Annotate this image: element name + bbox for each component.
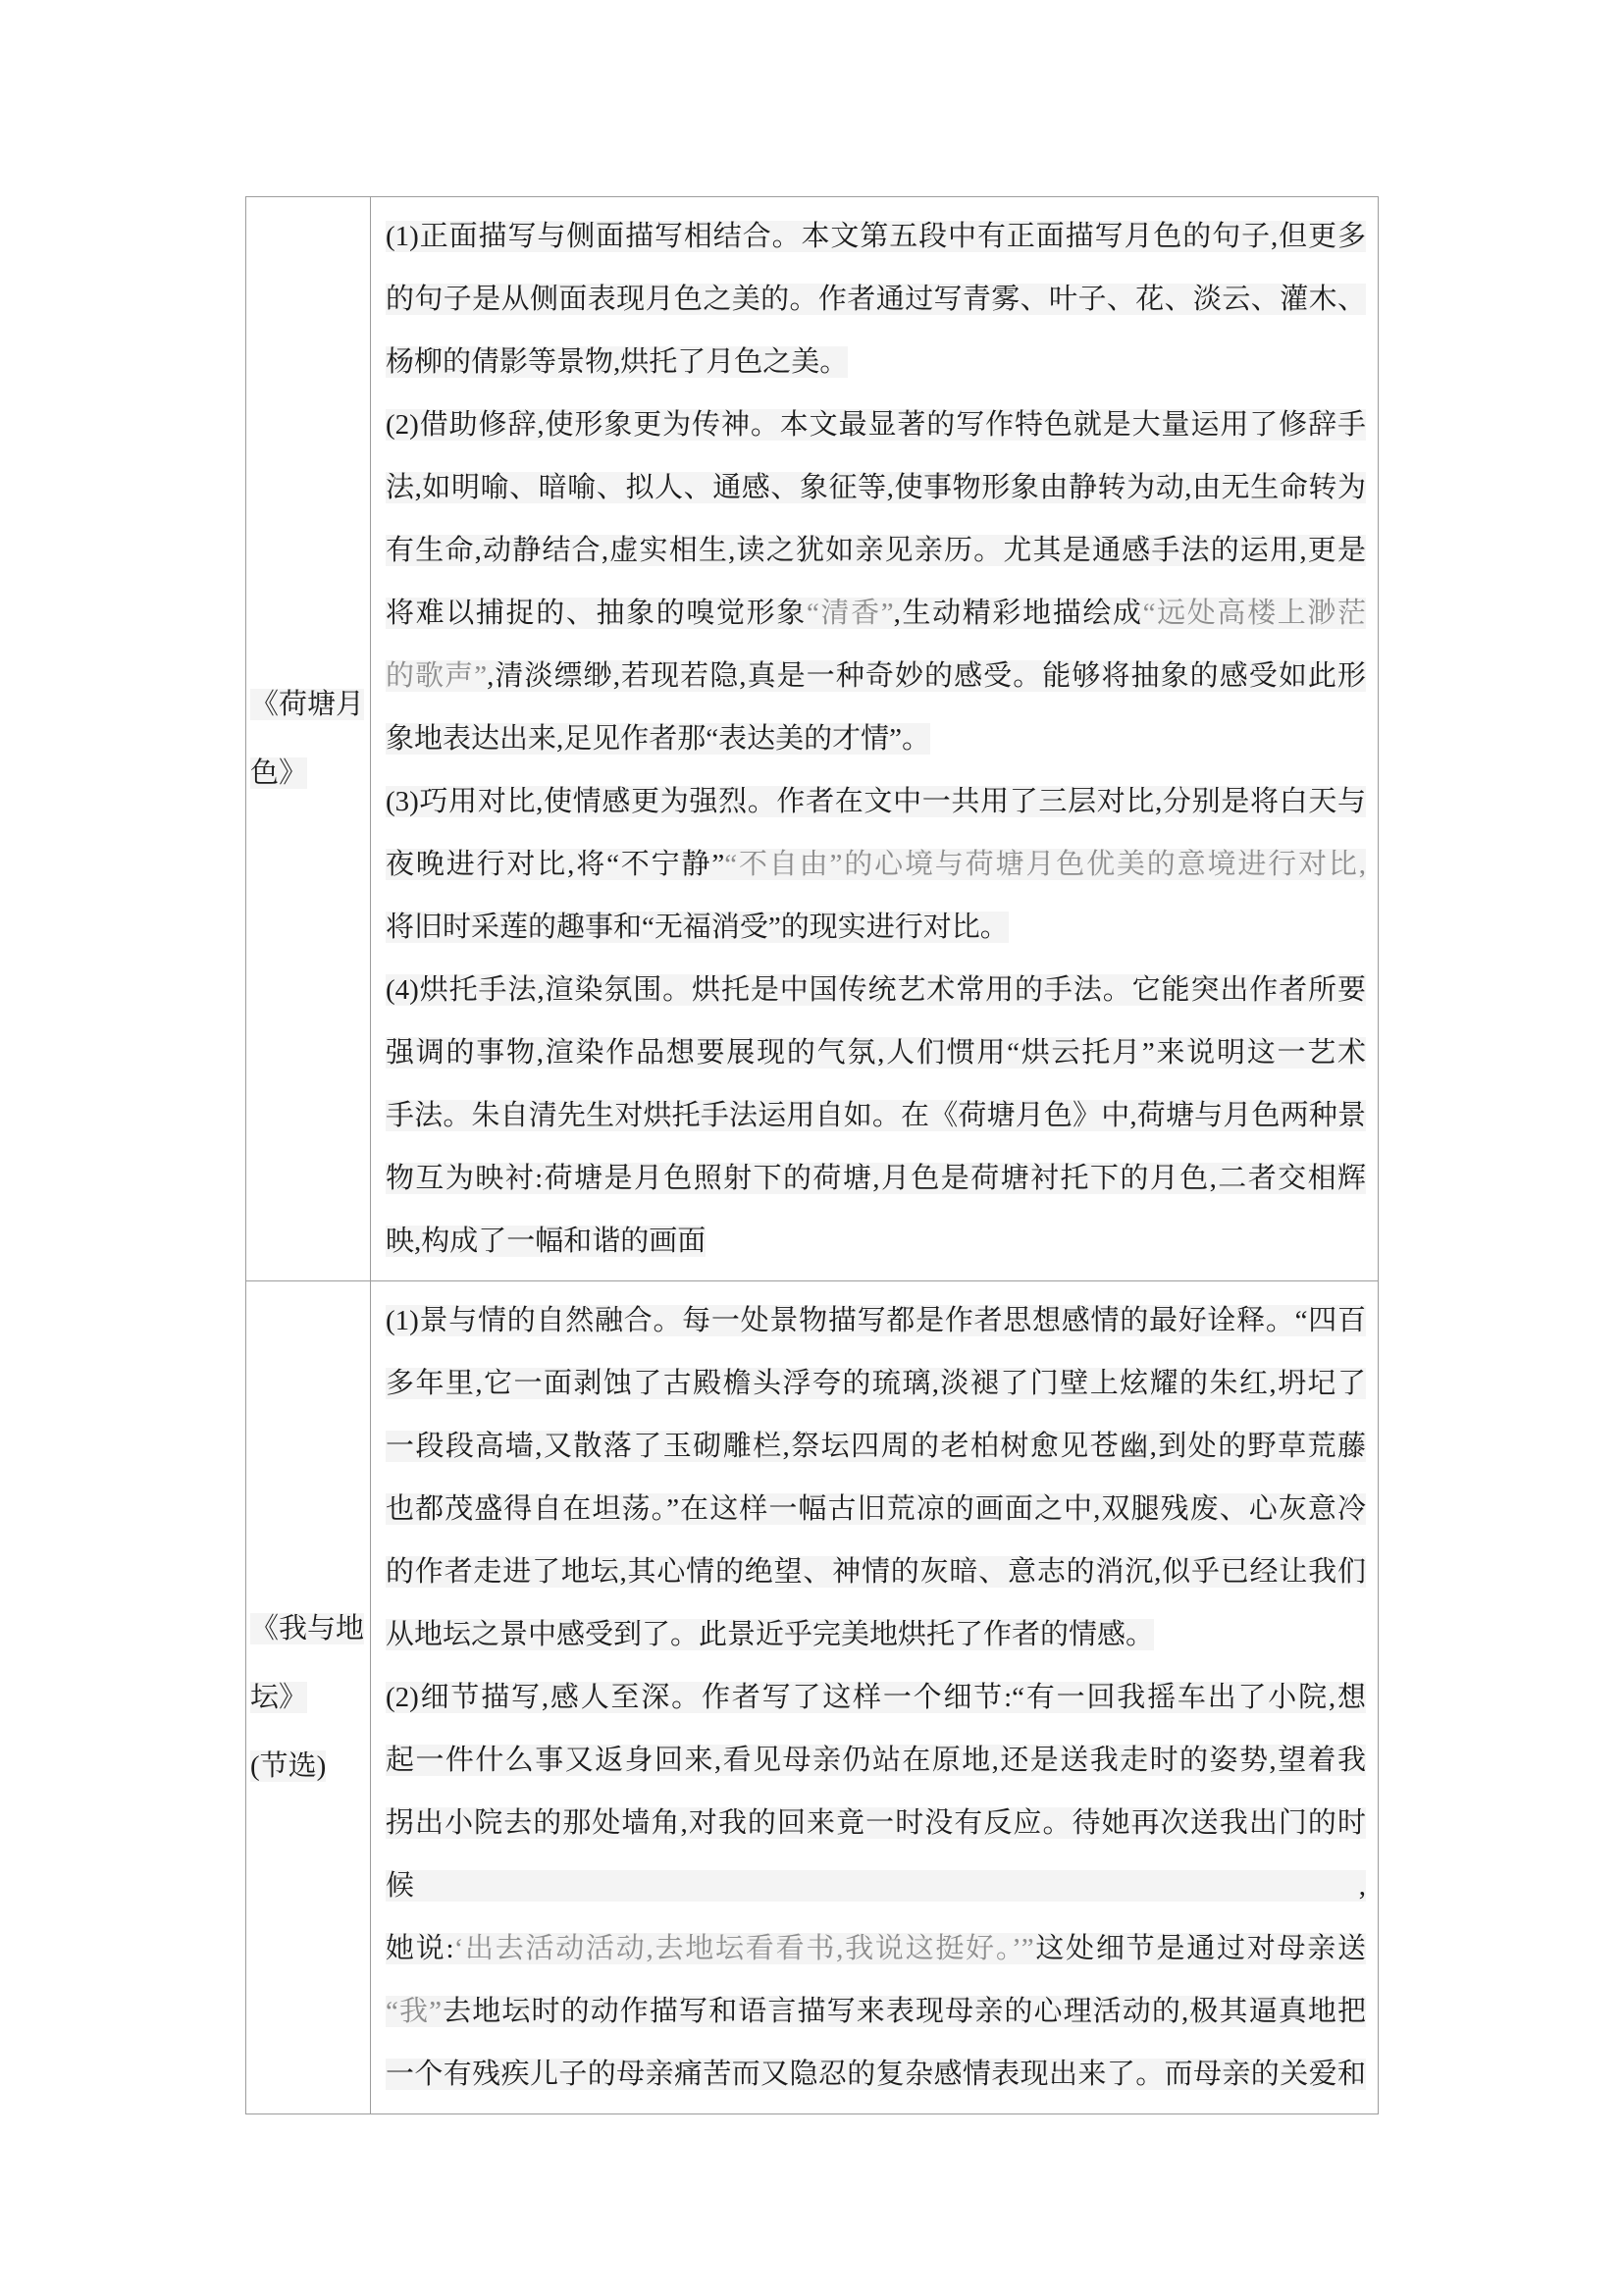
body-text: 手法。朱自清先生对烘托手法运用自如。在《荷塘月色》中,荷塘与月色两种景 — [386, 1100, 1366, 1131]
body-text: 一个有残疾儿子的母亲痛苦而又隐忍的复杂感情表现出来了。而母亲的关爱和 — [386, 2059, 1366, 2090]
content-line: 的歌声”,清淡缥缈,若现若隐,真是一种奇妙的感受。能够将抽象的感受如此形 — [386, 645, 1366, 707]
content-line: 拐出小院去的那处墙角,对我的回来竟一时没有反应。待她再次送我出门的时候, — [386, 1792, 1366, 1917]
content-line: 物互为映衬:荷塘是月色照射下的荷塘,月色是荷塘衬托下的月色,二者交相辉 — [386, 1147, 1366, 1210]
content-line: 多年里,它一面剥蚀了古殿檐头浮夸的琉璃,淡褪了门壁上炫耀的朱红,坍圮了 — [386, 1352, 1366, 1415]
row-content-cell: (1)正面描写与侧面描写相结合。本文第五段中有正面描写月色的句子,但更多的句子是… — [371, 197, 1378, 1280]
row-title-line: 《荷塘月 — [250, 670, 368, 739]
content-line: “我”去地坛时的动作描写和语言描写来表现母亲的心理活动的,极其逼真地把 — [386, 1980, 1366, 2043]
body-text: 将难以捕捉的、抽象的嗅觉形象 — [386, 598, 807, 629]
content-line: 映,构成了一幅和谐的画面 — [386, 1210, 1366, 1273]
body-text: ,清淡缥缈,若现若隐,真是一种奇妙的感受。能够将抽象的感受如此形 — [487, 660, 1366, 692]
body-text: 一段段高墙,又散落了玉砌雕栏,祭坛四周的老柏树愈见苍幽,到处的野草荒藤 — [386, 1431, 1366, 1462]
content-line: 手法。朱自清先生对烘托手法运用自如。在《荷塘月色》中,荷塘与月色两种景 — [386, 1084, 1366, 1147]
body-text: ,生动精彩地描绘成 — [894, 598, 1143, 629]
content-line: 从地坛之景中感受到了。此景近乎完美地烘托了作者的情感。 — [386, 1603, 1366, 1666]
table-row: 《我与地坛》(节选)(1)景与情的自然融合。每一处景物描写都是作者思想感情的最好… — [246, 1280, 1378, 2113]
row-title-line: 《我与地 — [250, 1594, 368, 1663]
quoted-phrase: ‘出去活动活动,去地坛看看书,我说这挺好。’” — [454, 1933, 1034, 1964]
row-title-line: 色》 — [250, 739, 368, 808]
content-line: 将旧时采莲的趣事和“无福消受”的现实进行对比。 — [386, 896, 1366, 959]
content-line: 象地表达出来,足见作者那“表达美的才情”。 — [386, 707, 1366, 770]
body-text: 也都茂盛得自在坦荡。”在这样一幅古旧荒凉的画面之中,双腿残废、心灰意冷 — [386, 1493, 1366, 1525]
content-line: (1)正面描写与侧面描写相结合。本文第五段中有正面描写月色的句子,但更多 — [386, 205, 1366, 268]
body-text: 象地表达出来,足见作者那“表达美的才情”。 — [386, 723, 930, 755]
quoted-phrase: “清香” — [807, 598, 894, 629]
body-text: 杨柳的倩影等景物,烘托了月色之美。 — [386, 346, 848, 378]
body-text: 多年里,它一面剥蚀了古殿檐头浮夸的琉璃,淡褪了门壁上炫耀的朱红,坍圮了 — [386, 1368, 1366, 1399]
content-line: 有生命,动静结合,虚实相生,读之犹如亲见亲历。尤其是通感手法的运用,更是 — [386, 519, 1366, 582]
content-line: 一个有残疾儿子的母亲痛苦而又隐忍的复杂感情表现出来了。而母亲的关爱和 — [386, 2043, 1366, 2106]
quoted-phrase: “远处高楼上渺茫 — [1143, 598, 1366, 629]
content-line: 她说:‘出去活动活动,去地坛看看书,我说这挺好。’”这处细节是通过对母亲送 — [386, 1917, 1366, 1980]
body-text: (3)巧用对比,使情感更为强烈。作者在文中一共用了三层对比,分别是将白天与 — [386, 786, 1366, 817]
body-text: 物互为映衬:荷塘是月色照射下的荷塘,月色是荷塘衬托下的月色,二者交相辉 — [386, 1163, 1366, 1194]
body-text: (1)景与情的自然融合。每一处景物描写都是作者思想感情的最好诠释。“四百 — [386, 1305, 1366, 1336]
content-line: 一段段高墙,又散落了玉砌雕栏,祭坛四周的老柏树愈见苍幽,到处的野草荒藤 — [386, 1415, 1366, 1478]
body-text: 的作者走进了地坛,其心情的绝望、神情的灰暗、意志的消沉,似乎已经让我们 — [386, 1556, 1366, 1588]
body-text: 映,构成了一幅和谐的画面 — [386, 1226, 706, 1257]
body-text: 夜晚进行对比,将“不宁静” — [386, 849, 724, 880]
content-line: 强调的事物,渲染作品想要展现的气氛,人们惯用“烘云托月”来说明这一艺术 — [386, 1021, 1366, 1084]
content-line: (3)巧用对比,使情感更为强烈。作者在文中一共用了三层对比,分别是将白天与 — [386, 770, 1366, 833]
content-line: 的句子是从侧面表现月色之美的。作者通过写青雾、叶子、花、淡云、灌木、 — [386, 268, 1366, 331]
content-line: 也都茂盛得自在坦荡。”在这样一幅古旧荒凉的画面之中,双腿残废、心灰意冷 — [386, 1478, 1366, 1540]
row-title-cell: 《我与地坛》(节选) — [246, 1281, 371, 2113]
quoted-phrase: 的歌声” — [386, 660, 487, 692]
body-text: 法,如明喻、暗喻、拟人、通感、象征等,使事物形象由静转为动,由无生命转为 — [386, 472, 1366, 503]
quoted-phrase: “我” — [386, 1996, 442, 2027]
content-line: (1)景与情的自然融合。每一处景物描写都是作者思想感情的最好诠释。“四百 — [386, 1289, 1366, 1352]
row-content-cell: (1)景与情的自然融合。每一处景物描写都是作者思想感情的最好诠释。“四百多年里,… — [371, 1281, 1378, 2113]
body-text: 将旧时采莲的趣事和“无福消受”的现实进行对比。 — [386, 912, 1009, 943]
body-text: 从地坛之景中感受到了。此景近乎完美地烘托了作者的情感。 — [386, 1619, 1154, 1650]
content-line: (4)烘托手法,渲染氛围。烘托是中国传统艺术常用的手法。它能突出作者所要 — [386, 959, 1366, 1021]
body-text: 强调的事物,渲染作品想要展现的气氛,人们惯用“烘云托月”来说明这一艺术 — [386, 1037, 1366, 1069]
body-text: 去地坛时的动作描写和语言描写来表现母亲的心理活动的,极其逼真地把 — [442, 1996, 1366, 2027]
content-line: 法,如明喻、暗喻、拟人、通感、象征等,使事物形象由静转为动,由无生命转为 — [386, 456, 1366, 519]
table-row: 《荷塘月色》(1)正面描写与侧面描写相结合。本文第五段中有正面描写月色的句子,但… — [246, 197, 1378, 1280]
content-line: 杨柳的倩影等景物,烘托了月色之美。 — [386, 331, 1366, 393]
analysis-table: 《荷塘月色》(1)正面描写与侧面描写相结合。本文第五段中有正面描写月色的句子,但… — [245, 196, 1379, 2114]
quoted-phrase: “不自由”的心境与荷塘月色优美的意境进行对比, — [724, 849, 1366, 880]
row-title-cell: 《荷塘月色》 — [246, 197, 371, 1280]
body-text: (4)烘托手法,渲染氛围。烘托是中国传统艺术常用的手法。它能突出作者所要 — [386, 974, 1366, 1006]
content-line: 将难以捕捉的、抽象的嗅觉形象“清香”,生动精彩地描绘成“远处高楼上渺茫 — [386, 582, 1366, 645]
body-text: 起一件什么事又返身回来,看见母亲仍站在原地,还是送我走时的姿势,望着我 — [386, 1745, 1366, 1776]
row-title-line: 坛》 — [250, 1663, 368, 1732]
body-text: 拐出小院去的那处墙角,对我的回来竟一时没有反应。待她再次送我出门的时候, — [386, 1807, 1366, 1902]
body-text: (2)细节描写,感人至深。作者写了这样一个细节:“有一回我摇车出了小院,想 — [386, 1682, 1366, 1713]
body-text: (2)借助修辞,使形象更为传神。本文最显著的写作特色就是大量运用了修辞手 — [386, 409, 1366, 441]
body-text: (1)正面描写与侧面描写相结合。本文第五段中有正面描写月色的句子,但更多 — [386, 221, 1366, 252]
content-line: (2)借助修辞,使形象更为传神。本文最显著的写作特色就是大量运用了修辞手 — [386, 393, 1366, 456]
body-text: 她说: — [386, 1933, 454, 1964]
body-text: 这处细节是通过对母亲送 — [1034, 1933, 1366, 1964]
content-line: 夜晚进行对比,将“不宁静”“不自由”的心境与荷塘月色优美的意境进行对比, — [386, 833, 1366, 896]
content-line: (2)细节描写,感人至深。作者写了这样一个细节:“有一回我摇车出了小院,想 — [386, 1666, 1366, 1729]
body-text: 有生命,动静结合,虚实相生,读之犹如亲见亲历。尤其是通感手法的运用,更是 — [386, 535, 1366, 566]
content-line: 的作者走进了地坛,其心情的绝望、神情的灰暗、意志的消沉,似乎已经让我们 — [386, 1540, 1366, 1603]
body-text: 的句子是从侧面表现月色之美的。作者通过写青雾、叶子、花、淡云、灌木、 — [386, 284, 1366, 315]
row-title-line: (节选) — [250, 1732, 368, 1800]
content-line: 起一件什么事又返身回来,看见母亲仍站在原地,还是送我走时的姿势,望着我 — [386, 1729, 1366, 1792]
